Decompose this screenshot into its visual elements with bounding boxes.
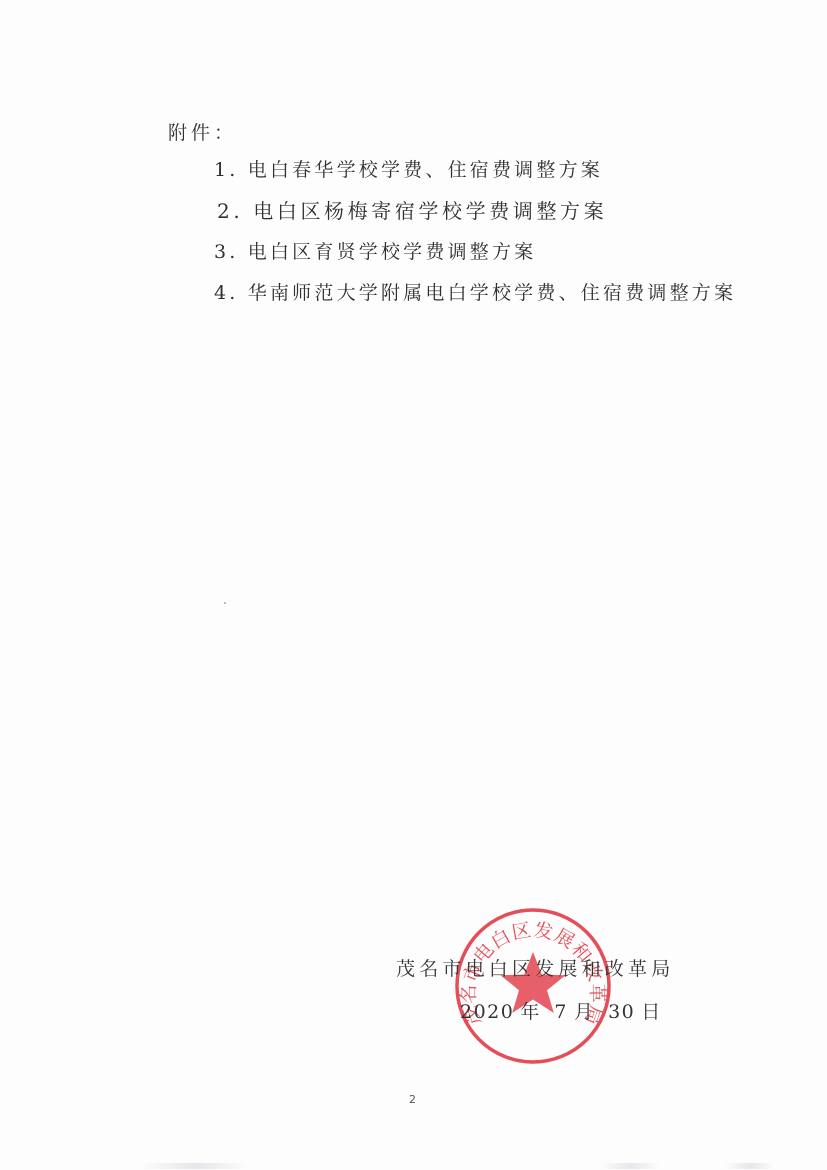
attachment-item: 4. 华南师范大学附属电白学校学费、住宿费调整方案	[214, 283, 736, 303]
date-day-unit: 日	[641, 1001, 662, 1023]
attachments-heading: 附件：	[168, 118, 237, 145]
issue-date: 2020年 7月 30日	[460, 997, 668, 1024]
scan-artifact	[725, 1163, 775, 1169]
date-day: 30	[608, 1001, 635, 1023]
issuer-signature: 茂名市电白区发展和改革局	[396, 954, 674, 981]
attachments-list: 1. 电白春华学校学费、住宿费调整方案 2. 电白区杨梅寄宿学校学费调整方案 3…	[214, 160, 736, 303]
document-page: 附件： 1. 电白春华学校学费、住宿费调整方案 2. 电白区杨梅寄宿学校学费调整…	[0, 0, 827, 1170]
date-month-unit: 月	[574, 1001, 595, 1023]
date-month: 7	[554, 1001, 568, 1023]
date-year: 2020	[460, 1001, 514, 1023]
attachment-item: 2. 电白区杨梅寄宿学校学费调整方案	[217, 201, 736, 221]
page-number: 2	[409, 1093, 416, 1106]
attachment-item: 3. 电白区育贤学校学费调整方案	[214, 242, 736, 262]
date-year-unit: 年	[520, 1001, 541, 1023]
scan-artifact	[140, 1163, 250, 1169]
official-seal: 茂名市电白区发展和改革局	[453, 906, 613, 1066]
attachment-item: 1. 电白春华学校学费、住宿费调整方案	[214, 160, 736, 180]
scan-speck	[224, 602, 226, 604]
scan-artifact	[600, 1163, 660, 1169]
